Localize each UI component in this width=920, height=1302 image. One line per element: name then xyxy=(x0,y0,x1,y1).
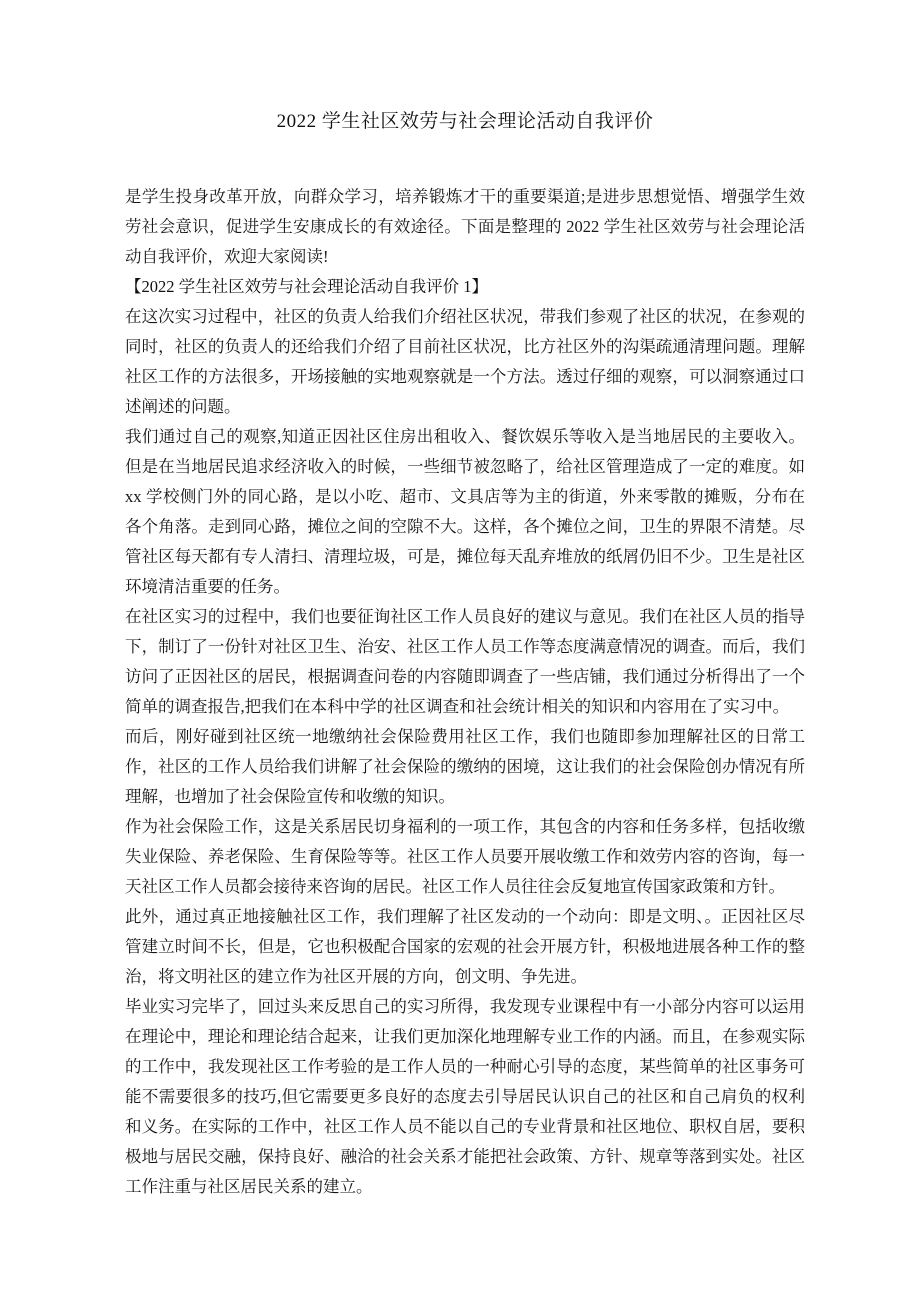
paragraph: 是学生投身改革开放，向群众学习，培养锻炼才干的重要渠道;是进步思想觉悟、增强学生… xyxy=(125,182,805,272)
section-heading: 【2022 学生社区效劳与社会理论活动自我评价 1】 xyxy=(125,272,805,302)
document-page: 2022 学生社区效劳与社会理论活动自我评价 是学生投身改革开放，向群众学习，培… xyxy=(0,0,920,1302)
paragraph: 毕业实习完毕了，回过头来反思自己的实习所得，我发现专业课程中有一小部分内容可以运… xyxy=(125,992,805,1202)
document-title: 2022 学生社区效劳与社会理论活动自我评价 xyxy=(125,106,805,138)
paragraph: 在这次实习过程中，社区的负责人给我们介绍社区状况，带我们参观了社区的状况，在参观… xyxy=(125,302,805,422)
paragraph: 而后，刚好碰到社区统一地缴纳社会保险费用社区工作，我们也随即参加理解社区的日常工… xyxy=(125,722,805,812)
paragraph: 作为社会保险工作，这是关系居民切身福利的一项工作，其包含的内容和任务多样，包括收… xyxy=(125,812,805,902)
paragraph: 在社区实习的过程中，我们也要征询社区工作人员良好的建议与意见。我们在社区人员的指… xyxy=(125,602,805,722)
paragraph: 此外，通过真正地接触社区工作，我们理解了社区发动的一个动向：即是文明、。正因社区… xyxy=(125,902,805,992)
paragraph: 我们通过自己的观察,知道正因社区住房出租收入、餐饮娱乐等收入是当地居民的主要收入… xyxy=(125,422,805,602)
document-body: 是学生投身改革开放，向群众学习，培养锻炼才干的重要渠道;是进步思想觉悟、增强学生… xyxy=(125,182,805,1202)
